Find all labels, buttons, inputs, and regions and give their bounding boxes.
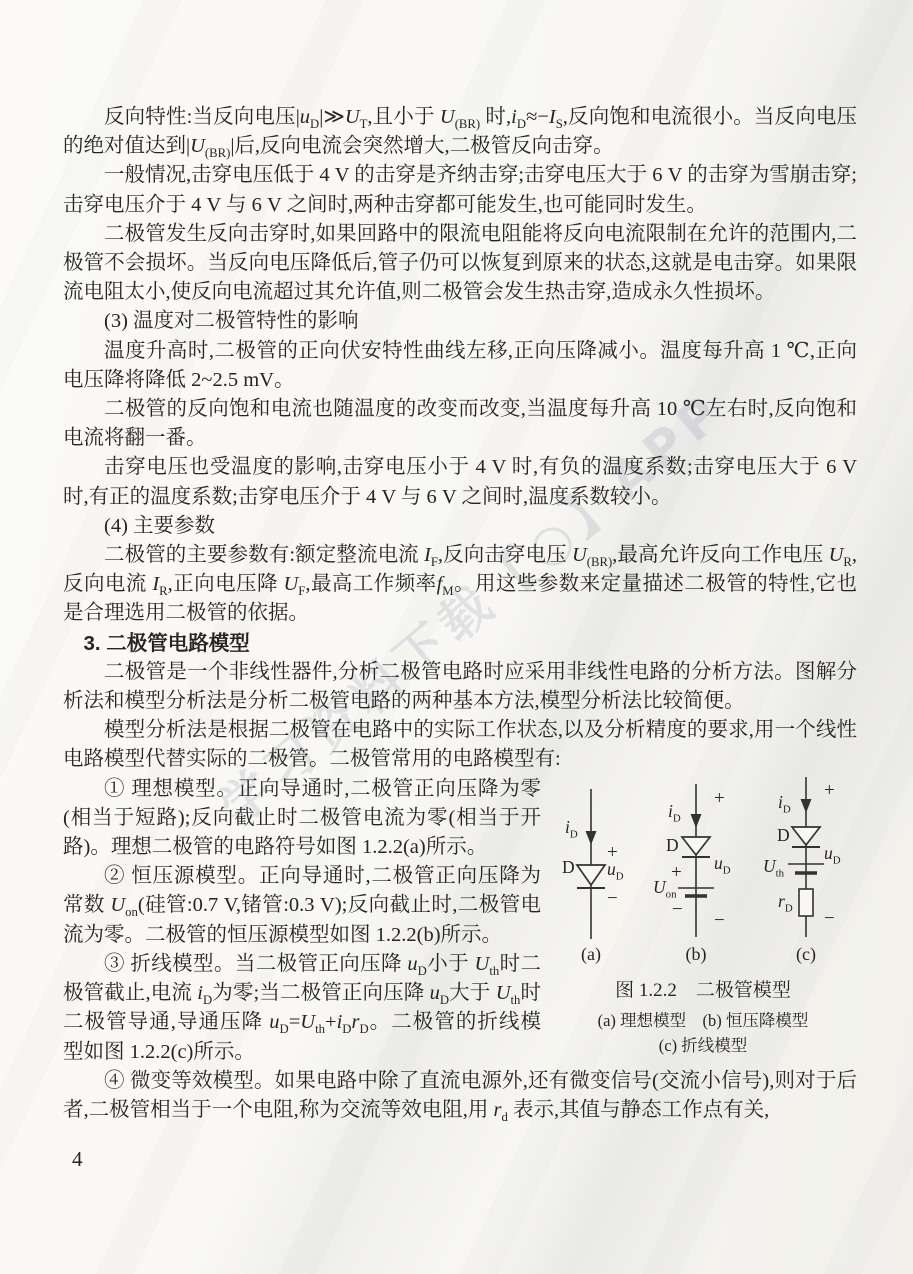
minus-sign: − [824, 909, 835, 928]
voltage-label: uD [824, 845, 841, 863]
subfig-tag-c: (c) [796, 945, 816, 963]
paragraph-electrical-vs-thermal-breakdown: 二极管发生反向击穿时,如果回路中的限流电阻能将反向电流限制在允许的范围内,二极管… [63, 220, 857, 308]
minus-sign: − [607, 889, 618, 908]
voltage-label: uD [607, 861, 624, 879]
paragraph-small-signal-model: ④ 微变等效模型。如果电路中除了直流电源外,还有微变信号(交流小信号),则对于后… [63, 1067, 857, 1125]
resistor-label: rD [778, 893, 793, 911]
diode-ref-label: D [777, 827, 790, 845]
diode-ref-label: D [666, 837, 679, 855]
heading-diode-circuit-models: 3. 二极管电路模型 [63, 629, 857, 658]
diode-ref-label: D [562, 859, 575, 877]
paragraph-nonlinear-analysis: 二极管是一个非线性器件,分析二极管电路时应采用非线性电路的分析方法。图解分析法和… [63, 658, 857, 716]
book-page: 学习资料下载【○】APP 反向特性:当反向电压|uD|≫UT,且小于 U(BR)… [0, 0, 913, 1274]
voltage-label: uD [714, 855, 731, 873]
diode-symbol [577, 865, 605, 888]
current-label: iD [668, 803, 681, 821]
subfig-tag-b: (b) [686, 945, 707, 963]
subheading-temperature-effects: (3) 温度对二极管特性的影响 [63, 307, 857, 336]
diode-symbol [682, 837, 710, 857]
paragraph-forward-drop-temperature: 温度升高时,二极管的正向伏安特性曲线左移,正向压降减小。温度每升高 1 ℃,正向… [63, 337, 857, 395]
diagram-broken-line-model: + iD D uD Uth rD − (c) [766, 777, 866, 977]
diagram-ideal-model: iD + D uD − (a) [551, 777, 651, 977]
paragraph-main-parameters: 二极管的主要参数有:额定整流电流 IF,反向击穿电压 U(BR),最高允许反向工… [63, 541, 857, 629]
figure-caption-line2: (c) 折线模型 [549, 1038, 857, 1055]
minus-sign: − [714, 911, 725, 930]
resistor-symbol [799, 889, 813, 916]
paragraph-reverse-characteristic: 反向特性:当反向电压|uD|≫UT,且小于 U(BR) 时,iD≈−IS,反向饱… [63, 103, 857, 161]
current-arrow [691, 814, 702, 828]
plus-sign: + [714, 789, 725, 808]
figure-caption-line1: (a) 理想模型 (b) 恒压降模型 [549, 1013, 857, 1030]
current-arrow [586, 831, 597, 845]
current-label: iD [778, 794, 791, 812]
plus-sign: + [824, 781, 835, 800]
page-number: 4 [72, 1147, 83, 1172]
paragraph-model-analysis: 模型分析法是根据二极管在电路中的实际工作状态,以及分析精度的要求,用一个线性电路… [63, 716, 857, 774]
figure-caption-title: 图 1.2.2 二极管模型 [549, 981, 857, 1000]
source-label: Uon [653, 879, 676, 897]
figure-diode-models: iD + D uD − (a) [549, 777, 857, 1062]
current-label: iD [565, 819, 578, 837]
source-label: Uth [763, 858, 784, 876]
page-content: 反向特性:当反向电压|uD|≫UT,且小于 U(BR) 时,iD≈−IS,反向饱… [63, 103, 857, 1125]
source-minus-sign: − [672, 900, 683, 919]
diode-symbol [792, 827, 820, 847]
paragraph-breakdown-temp-coefficient: 击穿电压也受温度的影响,击穿电压小于 4 V 时,有负的温度系数;击穿电压大于 … [63, 453, 857, 511]
current-arrow [801, 799, 812, 813]
paragraph-breakdown-voltage-types: 一般情况,击穿电压低于 4 V 的击穿是齐纳击穿;击穿电压大于 6 V 的击穿为… [63, 161, 857, 219]
subheading-main-parameters: (4) 主要参数 [63, 512, 857, 541]
paragraph-reverse-current-temperature: 二极管的反向饱和电流也随温度的改变而改变,当温度每升高 10 ℃左右时,反向饱和… [63, 395, 857, 453]
diagram-constant-voltage-model: + iD D uD + Uon − − (b) [656, 777, 756, 977]
subfig-tag-a: (a) [581, 945, 601, 963]
